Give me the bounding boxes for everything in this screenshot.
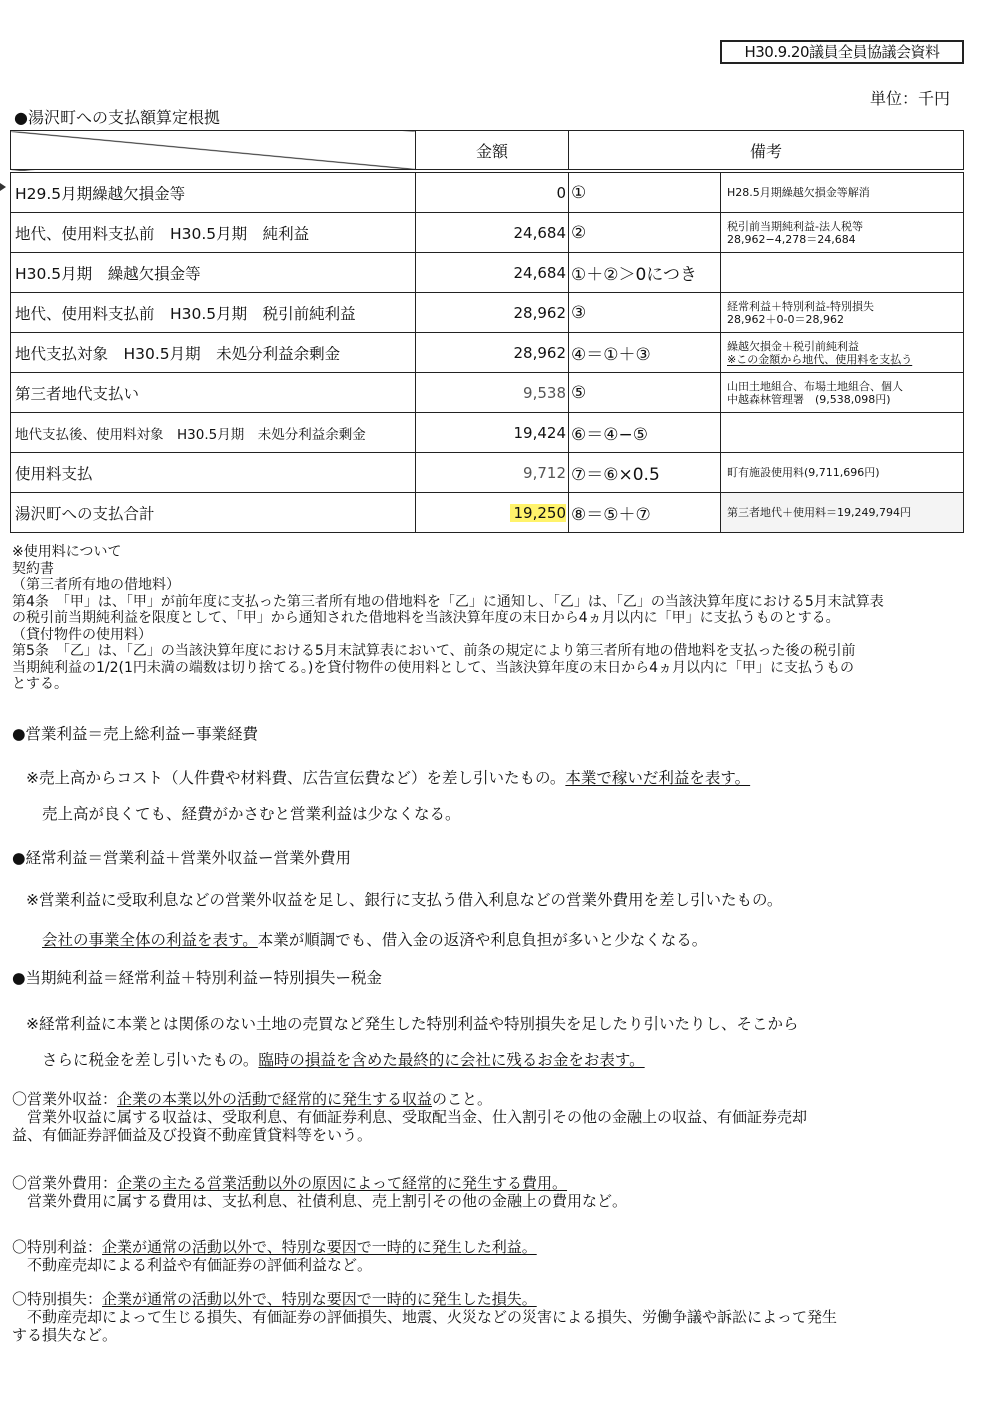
explanation-underlined: 臨時の損益を含めた最終的に会社に残るお金をお表す。 (258, 1051, 644, 1069)
row-item: H29.5月期繰越欠損金等 (11, 171, 416, 213)
ordinary-profit-note: 会社の事業全体の利益を表す。本業が順調でも、借入金の返済や利息負担が多いと少なく… (42, 928, 707, 950)
contract-line: 契約書 (12, 561, 992, 578)
row-item: 使用料支払 (11, 453, 416, 493)
explanation-text: 本業が順調でも、借入金の返済や利息負担が多いと少なくなる。 (258, 931, 708, 949)
row-amount: 19,424 (416, 413, 569, 453)
row-item: 地代、使用料支払前 H30.5月期 税引前純利益 (11, 293, 416, 333)
contract-line: 第4条 「甲」は、「甲」が前年度に支払った第三者所有地の借地料を「乙」に通知し、… (12, 594, 992, 611)
note-line: 町有施設使用料(9,711,696円) (727, 466, 963, 479)
table-row: 地代、使用料支払前 H30.5月期 税引前純利益 28,962 ③ 経常利益＋特… (11, 293, 964, 333)
row-amount: 24,684 (416, 253, 569, 293)
row-amount: 0 (416, 171, 569, 213)
unit-label: 単位：千円 (870, 86, 950, 109)
term-body-line: 益、有価証券評価益及び投資不動産賃貸料等をいう。 (12, 1126, 987, 1144)
term-definition: 企業の主たる営業活動以外の原因によって経常的に発生する費用。 (117, 1174, 567, 1192)
term-label: 〇営業外収益： (12, 1090, 117, 1108)
term-body-line: 不動産売却による利益や有価証券の評価利益など。 (12, 1256, 987, 1274)
row-formula: ⑤ (569, 373, 721, 413)
note-line-underlined: ※この金額から地代、使用料を支払う (727, 353, 963, 366)
explanation-underlined: 会社の事業全体の利益を表す。 (42, 931, 258, 949)
row-note: 第三者地代＋使用料＝19,249,794円 (721, 493, 964, 533)
term-suffix: のこと。 (432, 1090, 492, 1108)
row-formula: ③ (569, 293, 721, 333)
term-non-operating-expenses: 〇営業外費用：企業の主たる営業活動以外の原因によって経常的に発生する費用。 営業… (12, 1174, 987, 1210)
table-row: H30.5月期 繰越欠損金等 24,684 ①＋②＞0につき (11, 253, 964, 293)
term-definition: 企業が通常の活動以外で、特別な要因で一時的に発生した損失。 (102, 1290, 537, 1308)
term-definition: 企業が通常の活動以外で、特別な要因で一時的に発生した利益。 (102, 1238, 537, 1256)
document-id-label: H30.9.20議員全員協議会資料 (720, 40, 964, 64)
explanation-text: さらに税金を差し引いたもの。 (42, 1051, 258, 1069)
section-title: ●湯沢町への支払額算定根拠 (14, 105, 220, 128)
row-note: 山田土地組合、布場土地組合、個人中越森林管理署 (9,538,098円) (721, 373, 964, 413)
contract-line: とする。 (12, 676, 992, 693)
term-extraordinary-loss: 〇特別損失：企業が通常の活動以外で、特別な要因で一時的に発生した損失。 不動産売… (12, 1290, 987, 1344)
row-formula: ⑦＝⑥×0.5 (569, 453, 721, 493)
arrow-marker-icon (0, 183, 6, 191)
table-row-total: 湯沢町への支払合計 19,250 ⑧＝⑤＋⑦ 第三者地代＋使用料＝19,249,… (11, 493, 964, 533)
note-line: 経常利益＋特別利益-特別損失 (727, 300, 963, 313)
contract-line: （第三者所有地の借地料） (12, 577, 992, 594)
net-profit-note: さらに税金を差し引いたもの。臨時の損益を含めた最終的に会社に残るお金をお表す。 (42, 1048, 645, 1070)
note-line: 山田土地組合、布場土地組合、個人 (727, 380, 963, 393)
amount-column-header: 金額 (416, 131, 569, 172)
row-formula: ② (569, 213, 721, 253)
note-line: 税引前当期純利益-法人税等 (727, 220, 963, 233)
row-amount: 28,962 (416, 333, 569, 373)
contract-line: ※使用料について (12, 544, 992, 561)
row-item: 第三者地代支払い (11, 373, 416, 413)
note-line: 28,962＋0-0＝28,962 (727, 313, 963, 326)
note-line: 中越森林管理署 (9,538,098円) (727, 393, 963, 406)
row-item: 地代支払対象 H30.5月期 未処分利益余剰金 (11, 333, 416, 373)
table-row: 使用料支払 9,712 ⑦＝⑥×0.5 町有施設使用料(9,711,696円) (11, 453, 964, 493)
contract-line: 当期純利益の1/2(1円未満の端数は切り捨てる。)を貸付物件の使用料として、当該… (12, 660, 992, 677)
note-line: 繰越欠損金＋税引前純利益 (727, 340, 963, 353)
row-formula: ⑥＝④−⑤ (569, 413, 721, 453)
operating-profit-note: 売上高が良くても、経費がかさむと営業利益は少なくなる。 (42, 802, 461, 824)
term-body-line: 営業外収益に属する収益は、受取利息、有価証券利息、受取配当金、仕入割引その他の金… (12, 1108, 987, 1126)
row-note (721, 413, 964, 453)
ordinary-profit-heading: ●経常利益＝営業利益＋営業外収益ー営業外費用 (12, 846, 351, 868)
row-item: 湯沢町への支払合計 (11, 493, 416, 533)
explanation-underlined: 本業で稼いだ利益を表す。 (565, 769, 750, 787)
row-amount: 24,684 (416, 213, 569, 253)
ordinary-profit-explanation: ※営業利益に受取利息などの営業外収益を足し、銀行に支払う借入利息などの営業外費用… (26, 888, 782, 910)
row-note: 繰越欠損金＋税引前純利益※この金額から地代、使用料を支払う (721, 333, 964, 373)
diagonal-header-cell (11, 131, 416, 172)
payment-calculation-table: 金額 備考 H29.5月期繰越欠損金等 0 ① H28.5月期繰越欠損金等解消 … (10, 130, 964, 533)
row-note (721, 253, 964, 293)
term-body-line: 営業外費用に属する費用は、支払利息、社債利息、売上割引その他の金融上の費用など。 (12, 1192, 987, 1210)
term-definition: 企業の本業以外の活動で経常的に発生する収益 (117, 1090, 432, 1108)
row-item: 地代、使用料支払前 H30.5月期 純利益 (11, 213, 416, 253)
table-row: 第三者地代支払い 9,538 ⑤ 山田土地組合、布場土地組合、個人中越森林管理署… (11, 373, 964, 413)
term-body-line: する損失など。 (12, 1326, 987, 1344)
note-column-header: 備考 (569, 131, 964, 172)
table-header-row: 金額 備考 (11, 131, 964, 172)
term-label: 〇特別利益： (12, 1238, 102, 1256)
row-item: H30.5月期 繰越欠損金等 (11, 253, 416, 293)
explanation-text: ※売上高からコスト（人件費や材料費、広告宣伝費など）を差し引いたもの。 (26, 769, 565, 787)
row-amount: 28,962 (416, 293, 569, 333)
row-formula: ① (569, 171, 721, 213)
note-line: 第三者地代＋使用料＝19,249,794円 (727, 506, 963, 519)
row-amount: 9,538 (416, 373, 569, 413)
term-label: 〇営業外費用： (12, 1174, 117, 1192)
table-row: 地代支払後、使用料対象 H30.5月期 未処分利益余剰金 19,424 ⑥＝④−… (11, 413, 964, 453)
contract-line: 第5条 「乙」は、「乙」の当該決算年度における5月末試算表において、前条の規定に… (12, 643, 992, 660)
term-extraordinary-income: 〇特別利益：企業が通常の活動以外で、特別な要因で一時的に発生した利益。 不動産売… (12, 1238, 987, 1274)
highlighted-total-amount: 19,250 (510, 504, 567, 522)
row-note: 町有施設使用料(9,711,696円) (721, 453, 964, 493)
term-non-operating-income: 〇営業外収益：企業の本業以外の活動で経常的に発生する収益のこと。 営業外収益に属… (12, 1090, 987, 1144)
net-profit-explanation: ※経常利益に本業とは関係のない土地の売買など発生した特別利益や特別損失を足したり… (26, 1012, 799, 1034)
table-row: 地代支払対象 H30.5月期 未処分利益余剰金 28,962 ④＝①＋③ 繰越欠… (11, 333, 964, 373)
row-amount: 9,712 (416, 453, 569, 493)
contract-line: （貸付物件の使用料） (12, 627, 992, 644)
row-note: 経常利益＋特別利益-特別損失28,962＋0-0＝28,962 (721, 293, 964, 333)
note-line: H28.5月期繰越欠損金等解消 (727, 186, 963, 199)
row-item: 地代支払後、使用料対象 H30.5月期 未処分利益余剰金 (11, 413, 416, 453)
net-profit-heading: ●当期純利益＝経常利益＋特別利益ー特別損失ー税金 (12, 966, 382, 988)
row-formula: ⑧＝⑤＋⑦ (569, 493, 721, 533)
table-row: 地代、使用料支払前 H30.5月期 純利益 24,684 ② 税引前当期純利益-… (11, 213, 964, 253)
operating-profit-heading: ●営業利益＝売上総利益ー事業経費 (12, 722, 258, 744)
row-note: 税引前当期純利益-法人税等28,962−4,278＝24,684 (721, 213, 964, 253)
table-row: H29.5月期繰越欠損金等 0 ① H28.5月期繰越欠損金等解消 (11, 171, 964, 213)
row-note: H28.5月期繰越欠損金等解消 (721, 171, 964, 213)
row-amount: 19,250 (416, 493, 569, 533)
operating-profit-explanation: ※売上高からコスト（人件費や材料費、広告宣伝費など）を差し引いたもの。本業で稼い… (26, 766, 750, 788)
contract-line: の税引前当期純利益を限度として、「甲」から通知された借地料を当該決算年度の末日か… (12, 610, 992, 627)
contract-excerpt: ※使用料について 契約書 （第三者所有地の借地料） 第4条 「甲」は、「甲」が前… (12, 544, 992, 693)
term-label: 〇特別損失： (12, 1290, 102, 1308)
note-line: 28,962−4,278＝24,684 (727, 233, 963, 246)
row-formula: ①＋②＞0につき (569, 253, 721, 293)
row-formula: ④＝①＋③ (569, 333, 721, 373)
term-body-line: 不動産売却によって生じる損失、有価証券の評価損失、地震、火災などの災害による損失… (12, 1308, 987, 1326)
